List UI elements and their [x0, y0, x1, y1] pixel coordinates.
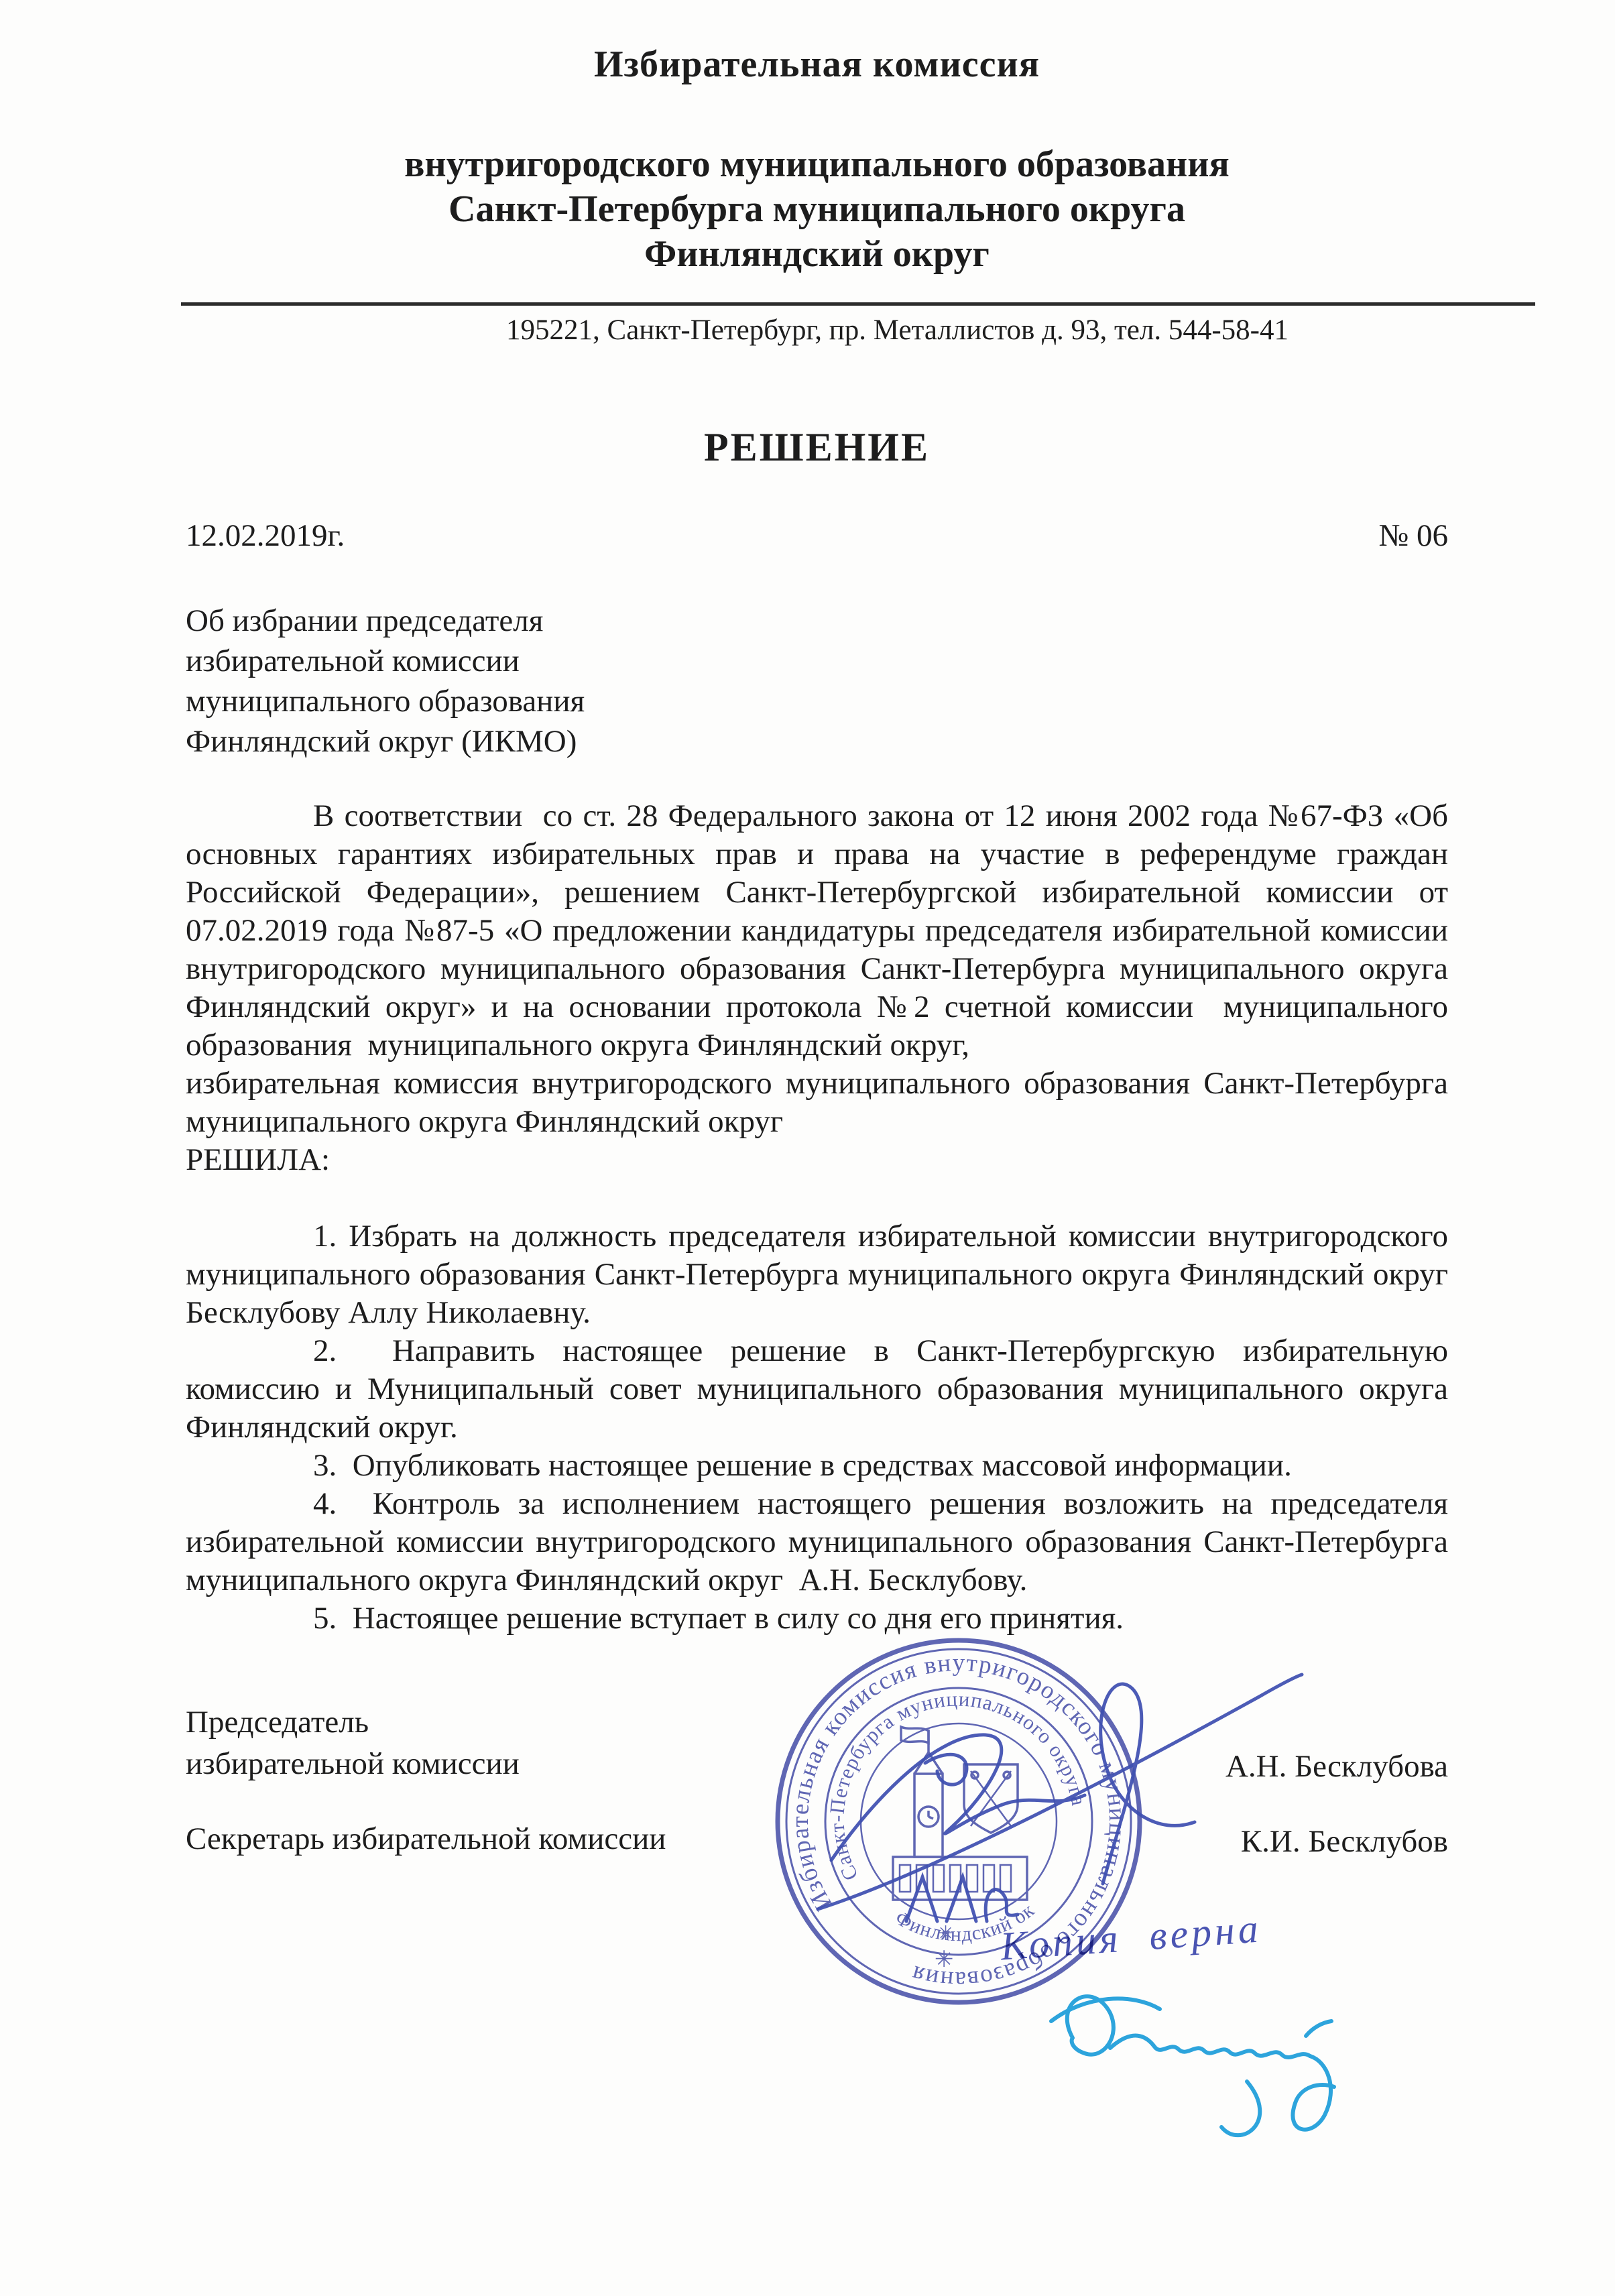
resolver-paragraph: избирательная комиссия внутригородского …: [186, 1065, 1448, 1141]
subject-line: избирательной комиссии: [186, 641, 1448, 681]
preamble-paragraph: В соответствии со ст. 28 Федерального за…: [186, 797, 1448, 1065]
org-name-line3: Санкт-Петербурга муниципального округа: [186, 187, 1448, 232]
stamp-star-icon: ✳: [935, 1946, 954, 1973]
resolution-item-4: 4. Контроль за исполнением настоящего ре…: [186, 1485, 1448, 1599]
subject-line: Об избрании председателя: [186, 601, 1448, 641]
subject-line: муниципального образования: [186, 681, 1448, 721]
chair-label-line2: избирательной комиссии: [186, 1743, 520, 1785]
ink-overlay: Избирательная комиссия внутригородского …: [724, 1595, 1475, 2212]
org-name-line4: Финляндский округ: [186, 232, 1448, 277]
subject-line: Финляндский округ (ИКМО): [186, 721, 1448, 762]
document-page: Избирательная комиссия внутригородского …: [0, 0, 1615, 2296]
org-address: 195221, Санкт-Петербург, пр. Металлистов…: [347, 314, 1448, 347]
org-name-line1: Избирательная комиссия: [186, 0, 1448, 86]
resolution-item-3: 3. Опубликовать настоящее решение в сред…: [186, 1447, 1448, 1485]
secretary-label: Секретарь избирательной комиссии: [186, 1818, 666, 1860]
chair-label-line1: Председатель: [186, 1701, 520, 1743]
spacer: [186, 1179, 1448, 1217]
document-title: РЕШЕНИЕ: [186, 424, 1448, 471]
resolution-item-2: 2. Направить настоящее решение в Санкт-П…: [186, 1332, 1448, 1447]
document-meta: 12.02.2019г. № 06: [186, 518, 1448, 554]
resolution-item-1: 1. Избрать на должность председателя изб…: [186, 1217, 1448, 1332]
letterhead: Избирательная комиссия внутригородского …: [186, 0, 1448, 347]
stamp-star-icon: ✳: [937, 1922, 954, 1945]
resolution-word: РЕШИЛА:: [186, 1141, 1448, 1179]
stamp-emblem-shield-icon: [964, 1764, 1018, 1833]
org-name-line2: внутригородского муниципального образова…: [186, 142, 1448, 187]
header-divider: [181, 302, 1535, 306]
document-subject: Об избрании председателя избирательной к…: [186, 601, 1448, 762]
copy-certification-signature: [1051, 1996, 1334, 2135]
document-number: № 06: [1378, 518, 1448, 554]
document-date: 12.02.2019г.: [186, 518, 345, 554]
